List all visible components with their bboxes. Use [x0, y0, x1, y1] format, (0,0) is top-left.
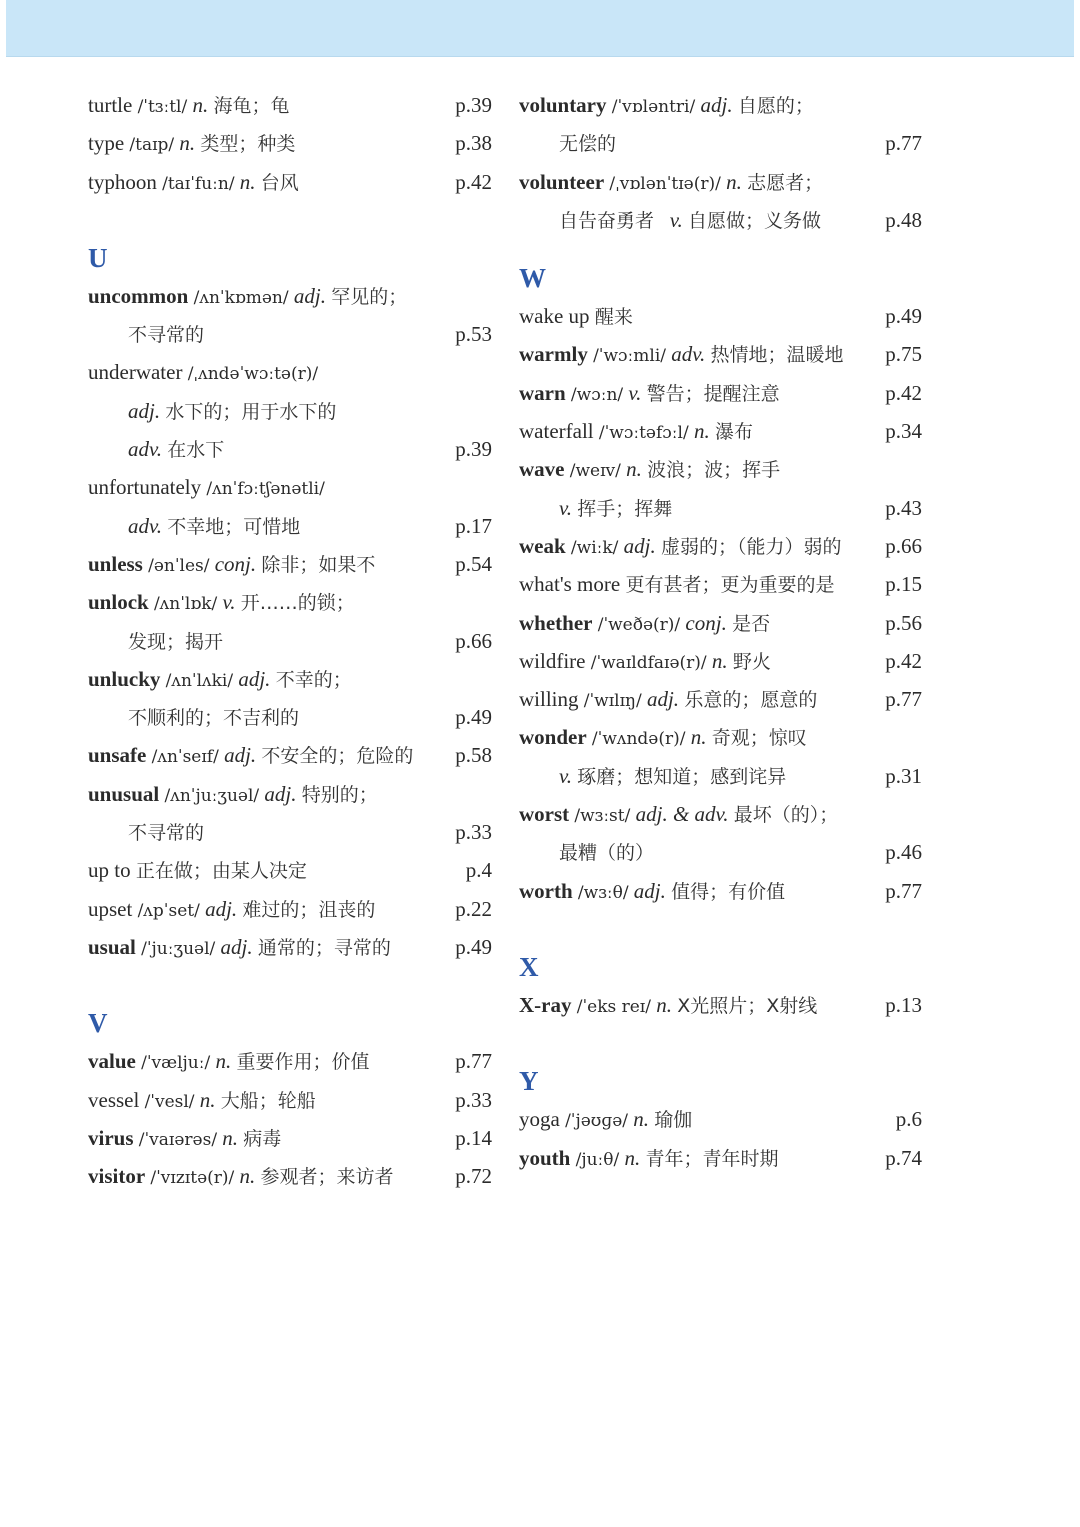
- phonetic: /wɔːn/: [571, 385, 623, 405]
- entry-wake-up: wake up 醒来 p.49: [519, 297, 922, 335]
- phonetic: /ənˈles/: [148, 556, 209, 576]
- section-spacer: [88, 966, 492, 1004]
- page-ref: p.6: [896, 1100, 922, 1138]
- headword: yoga: [519, 1107, 560, 1131]
- definition: 在水下: [167, 439, 224, 461]
- phonetic: /ˈvɪzɪtə(r)/: [150, 1168, 234, 1188]
- part-of-speech: adj.: [224, 743, 256, 767]
- headword: warmly: [519, 342, 588, 366]
- page-ref: p.34: [885, 412, 922, 450]
- definition: 正在做；由某人决定: [136, 860, 307, 882]
- phonetic: /ˈtɜːtl/: [138, 97, 188, 117]
- phonetic: /wɜːst/: [574, 806, 630, 826]
- phonetic: /ʌnˈlɒk/: [154, 594, 217, 614]
- entry-willing: willing /ˈwɪlɪŋ/ adj. 乐意的；愿意的 p.77: [519, 680, 922, 718]
- definition: 不寻常的: [128, 324, 204, 346]
- entry-unusual: unusual /ʌnˈjuːʒuəl/ adj. 特别的；: [88, 775, 492, 813]
- headword: warn: [519, 381, 566, 405]
- page-ref: p.14: [455, 1119, 492, 1157]
- phonetic: /ˈwɔːmli/: [593, 346, 666, 366]
- part-of-speech: conj.: [685, 611, 726, 635]
- page-ref: p.58: [455, 736, 492, 774]
- headword: wonder: [519, 725, 587, 749]
- entry-unusual-cont: 不寻常的 p.33: [88, 813, 492, 851]
- headword: underwater: [88, 360, 182, 384]
- part-of-speech: adj. & adv.: [636, 802, 729, 826]
- section-spacer: [519, 910, 922, 948]
- page-ref: p.77: [885, 124, 922, 162]
- entry-unlucky: unlucky /ʌnˈlʌki/ adj. 不幸的；: [88, 660, 492, 698]
- headword: visitor: [88, 1164, 145, 1188]
- phonetic: /ˈwaɪldfaɪə(r)/: [591, 653, 707, 673]
- definition: 不幸地；可惜地: [167, 516, 300, 538]
- definition: 罕见的；: [331, 286, 407, 308]
- page-ref: p.77: [885, 680, 922, 718]
- phonetic: /ˈvɒləntri/: [612, 97, 695, 117]
- part-of-speech: n.: [691, 725, 707, 749]
- definition: 病毒: [243, 1128, 281, 1150]
- header-band: [6, 0, 1074, 57]
- definition: 类型；种类: [200, 133, 295, 155]
- entry-virus: virus /ˈvaɪərəs/ n. 病毒 p.14: [88, 1119, 492, 1157]
- part-of-speech: adj.: [647, 687, 679, 711]
- headword: unfortunately: [88, 475, 201, 499]
- headword: turtle: [88, 93, 132, 117]
- headword: waterfall: [519, 419, 594, 443]
- page-ref: p.39: [455, 430, 492, 468]
- entry-warn: warn /wɔːn/ v. 警告；提醒注意 p.42: [519, 374, 922, 412]
- entry-x-ray: X-ray /ˈeks reɪ/ n. X光照片；X射线 p.13: [519, 986, 922, 1024]
- part-of-speech: n.: [222, 1126, 238, 1150]
- entry-voluntary-cont: 无偿的 p.77: [519, 124, 922, 162]
- phonetic: /ˈvaɪərəs/: [139, 1130, 217, 1150]
- right-column: voluntary /ˈvɒləntri/ adj. 自愿的； 无偿的 p.77…: [519, 86, 922, 1177]
- part-of-speech: n.: [200, 1088, 216, 1112]
- phonetic: /ʌnˈlʌki/: [166, 671, 233, 691]
- definition: 自愿做；义务做: [688, 210, 821, 232]
- definition: 除非；如果不: [261, 554, 375, 576]
- definition: 波浪；波；挥手: [647, 459, 780, 481]
- entry-voluntary: voluntary /ˈvɒləntri/ adj. 自愿的；: [519, 86, 922, 124]
- page-ref: p.74: [885, 1139, 922, 1177]
- headword: typhoon: [88, 170, 157, 194]
- phonetic: /ˈvesl/: [145, 1092, 195, 1112]
- entry-wave: wave /weɪv/ n. 波浪；波；挥手: [519, 450, 922, 488]
- part-of-speech: v.: [670, 208, 683, 232]
- page-ref: p.4: [466, 851, 492, 889]
- entry-unsafe: unsafe /ʌnˈseɪf/ adj. 不安全的；危险的 p.58: [88, 736, 492, 774]
- section-spacer: [519, 1024, 922, 1062]
- part-of-speech: n.: [625, 1146, 641, 1170]
- definition: 乐意的；愿意的: [684, 689, 817, 711]
- headword: wake up: [519, 304, 590, 328]
- entry-unlucky-cont: 不顺利的；不吉利的 p.49: [88, 698, 492, 736]
- entry-value: value /ˈvæljuː/ n. 重要作用；价值 p.77: [88, 1042, 492, 1080]
- entry-wave-verb: v. 挥手；挥舞 p.43: [519, 489, 922, 527]
- headword: whether: [519, 611, 592, 635]
- part-of-speech: v.: [628, 381, 641, 405]
- phonetic: /weɪv/: [570, 461, 621, 481]
- definition: 自告奋勇者: [559, 210, 654, 232]
- entry-vessel: vessel /ˈvesl/ n. 大船；轮船 p.33: [88, 1081, 492, 1119]
- page-ref: p.48: [885, 201, 922, 239]
- part-of-speech: n.: [179, 131, 195, 155]
- part-of-speech: adj.: [634, 879, 666, 903]
- page-ref: p.53: [455, 315, 492, 353]
- page-ref: p.43: [885, 489, 922, 527]
- entry-worst-cont: 最糟（的） p.46: [519, 833, 922, 871]
- entry-up-to: up to 正在做；由某人决定 p.4: [88, 851, 492, 889]
- entry-usual: usual /ˈjuːʒuəl/ adj. 通常的；寻常的 p.49: [88, 928, 492, 966]
- entry-unlock-cont: 发现；揭开 p.66: [88, 622, 492, 660]
- part-of-speech: v.: [223, 590, 236, 614]
- entry-worst: worst /wɜːst/ adj. & adv. 最坏（的）；: [519, 795, 922, 833]
- page-ref: p.66: [455, 622, 492, 660]
- headword: usual: [88, 935, 136, 959]
- definition: 自愿的；: [738, 95, 814, 117]
- headword: type: [88, 131, 124, 155]
- part-of-speech: n.: [656, 993, 672, 1017]
- definition: 挥手；挥舞: [577, 498, 672, 520]
- part-of-speech: n.: [712, 649, 728, 673]
- section-letter-u: U: [88, 239, 492, 277]
- part-of-speech: adj.: [238, 667, 270, 691]
- entry-type: type /taɪp/ n. 类型；种类 p.38: [88, 124, 492, 162]
- definition: 野火: [733, 651, 771, 673]
- phonetic: /ˈwʌndə(r)/: [592, 729, 686, 749]
- page-ref: p.46: [885, 833, 922, 871]
- definition: 志愿者；: [747, 172, 823, 194]
- definition: 开……的锁；: [241, 592, 355, 614]
- phonetic: /ˈeks reɪ/: [577, 997, 651, 1017]
- page-ref: p.66: [885, 527, 922, 565]
- entry-unfortunately: unfortunately /ʌnˈfɔːtʃənətli/: [88, 468, 492, 506]
- entry-uncommon-cont: 不寻常的 p.53: [88, 315, 492, 353]
- definition: 警告；提醒注意: [647, 383, 780, 405]
- headword: value: [88, 1049, 136, 1073]
- part-of-speech: adj.: [624, 534, 656, 558]
- headword: unusual: [88, 782, 159, 806]
- section-letter-y: Y: [519, 1062, 922, 1100]
- headword: worst: [519, 802, 569, 826]
- part-of-speech: n.: [626, 457, 642, 481]
- definition: 虚弱的；（能力）弱的: [661, 536, 842, 558]
- page-ref: p.77: [885, 872, 922, 910]
- entry-uncommon: uncommon /ʌnˈkɒmən/ adj. 罕见的；: [88, 277, 492, 315]
- definition: 热情地；温暖地: [711, 344, 844, 366]
- part-of-speech: n.: [633, 1107, 649, 1131]
- part-of-speech: adv.: [128, 437, 162, 461]
- part-of-speech: n.: [192, 93, 208, 117]
- page-ref: p.42: [455, 163, 492, 201]
- page-ref: p.42: [885, 374, 922, 412]
- entry-upset: upset /ʌpˈset/ adj. 难过的；沮丧的 p.22: [88, 890, 492, 928]
- definition: 青年；青年时期: [646, 1148, 779, 1170]
- headword: X-ray: [519, 993, 571, 1017]
- page-ref: p.75: [885, 335, 922, 373]
- entry-worth: worth /wɜːθ/ adj. 值得；有价值 p.77: [519, 872, 922, 910]
- entry-wildfire: wildfire /ˈwaɪldfaɪə(r)/ n. 野火 p.42: [519, 642, 922, 680]
- section-letter-x: X: [519, 948, 922, 986]
- phonetic: /juːθ/: [576, 1150, 620, 1170]
- definition: 更有甚者；更为重要的是: [625, 574, 834, 596]
- headword: unsafe: [88, 743, 146, 767]
- headword: unlock: [88, 590, 149, 614]
- phonetic: /wɜːθ/: [578, 883, 629, 903]
- entry-typhoon: typhoon /taɪˈfuːn/ n. 台风 p.42: [88, 163, 492, 201]
- definition: 水下的；用于水下的: [165, 401, 336, 423]
- definition: 台风: [261, 172, 299, 194]
- entry-underwater-adv: adv. 在水下 p.39: [88, 430, 492, 468]
- phonetic: /ˌvɒlənˈtɪə(r)/: [609, 174, 720, 194]
- entry-unlock: unlock /ʌnˈlɒk/ v. 开……的锁；: [88, 583, 492, 621]
- entry-whats-more: what's more 更有甚者；更为重要的是 p.15: [519, 565, 922, 603]
- entry-volunteer-cont: 自告奋勇者 v. 自愿做；义务做 p.48: [519, 201, 922, 239]
- headword: unlucky: [88, 667, 160, 691]
- entry-wonder: wonder /ˈwʌndə(r)/ n. 奇观；惊叹: [519, 718, 922, 756]
- headword: weak: [519, 534, 566, 558]
- entry-warmly: warmly /ˈwɔːmli/ adv. 热情地；温暖地 p.75: [519, 335, 922, 373]
- headword: youth: [519, 1146, 570, 1170]
- part-of-speech: adv.: [671, 342, 705, 366]
- phonetic: /taɪˈfuːn/: [162, 174, 234, 194]
- part-of-speech: adj.: [205, 897, 237, 921]
- headword: worth: [519, 879, 573, 903]
- definition: 重要作用；价值: [236, 1051, 369, 1073]
- part-of-speech: n.: [240, 170, 256, 194]
- phonetic: /ʌnˈkɒmən/: [194, 288, 289, 308]
- headword: virus: [88, 1126, 134, 1150]
- entry-waterfall: waterfall /ˈwɔːtəfɔːl/ n. 瀑布 p.34: [519, 412, 922, 450]
- phonetic: /ʌnˈjuːʒuəl/: [164, 786, 259, 806]
- entry-volunteer: volunteer /ˌvɒlənˈtɪə(r)/ n. 志愿者；: [519, 163, 922, 201]
- part-of-speech: adj.: [221, 935, 253, 959]
- page-ref: p.17: [455, 507, 492, 545]
- entry-unfortunately-adv: adv. 不幸地；可惜地 p.17: [88, 507, 492, 545]
- left-column: turtle /ˈtɜːtl/ n. 海龟；龟 p.39 type /taɪp/…: [88, 86, 492, 1195]
- entry-wonder-verb: v. 琢磨；想知道；感到诧异 p.31: [519, 757, 922, 795]
- definition: 瑜伽: [654, 1109, 692, 1131]
- headword: uncommon: [88, 284, 188, 308]
- definition: 难过的；沮丧的: [242, 899, 375, 921]
- headword: wave: [519, 457, 565, 481]
- entry-turtle: turtle /ˈtɜːtl/ n. 海龟；龟 p.39: [88, 86, 492, 124]
- phonetic: /ˈwɪlɪŋ/: [584, 691, 642, 711]
- headword: what's more: [519, 572, 620, 596]
- entry-underwater-adj: adj. 水下的；用于水下的: [88, 392, 492, 430]
- entry-whether: whether /ˈweðə(r)/ conj. 是否 p.56: [519, 604, 922, 642]
- page-ref: p.13: [885, 986, 922, 1024]
- part-of-speech: n.: [694, 419, 710, 443]
- section-spacer: [88, 201, 492, 239]
- page-ref: p.39: [455, 86, 492, 124]
- definition: 发现；揭开: [128, 631, 223, 653]
- part-of-speech: n.: [726, 170, 742, 194]
- definition: 通常的；寻常的: [258, 937, 391, 959]
- definition: 最坏（的）；: [734, 804, 839, 826]
- section-letter-w: W: [519, 259, 922, 297]
- definition: 瀑布: [715, 421, 753, 443]
- definition: 参观者；来访者: [261, 1166, 394, 1188]
- page-ref: p.49: [455, 928, 492, 966]
- phonetic: /ˈwɔːtəfɔːl/: [599, 423, 689, 443]
- definition: 不幸的；: [276, 669, 352, 691]
- page-ref: p.49: [455, 698, 492, 736]
- headword: up to: [88, 858, 131, 882]
- definition: 海龟；龟: [213, 95, 289, 117]
- part-of-speech: adv.: [128, 514, 162, 538]
- headword: willing: [519, 687, 579, 711]
- definition: X光照片；X射线: [677, 995, 817, 1017]
- headword: wildfire: [519, 649, 585, 673]
- page-ref: p.33: [455, 1081, 492, 1119]
- part-of-speech: adj.: [128, 399, 160, 423]
- page-ref: p.54: [455, 545, 492, 583]
- page-ref: p.38: [455, 124, 492, 162]
- phonetic: /ʌnˈseɪf/: [152, 747, 219, 767]
- entry-weak: weak /wiːk/ adj. 虚弱的；（能力）弱的 p.66: [519, 527, 922, 565]
- page-ref: p.77: [455, 1042, 492, 1080]
- headword: vessel: [88, 1088, 139, 1112]
- entry-visitor: visitor /ˈvɪzɪtə(r)/ n. 参观者；来访者 p.72: [88, 1157, 492, 1195]
- page-ref: p.72: [455, 1157, 492, 1195]
- phonetic: /ʌpˈset/: [138, 901, 200, 921]
- phonetic: /ˌʌndəˈwɔːtə(r)/: [188, 364, 318, 384]
- part-of-speech: v.: [559, 764, 572, 788]
- page-ref: p.33: [455, 813, 492, 851]
- section-spacer: [519, 239, 922, 259]
- page-ref: p.31: [885, 757, 922, 795]
- page-ref: p.15: [885, 565, 922, 603]
- definition: 无偿的: [559, 133, 616, 155]
- page-ref: p.56: [885, 604, 922, 642]
- definition: 不顺利的；不吉利的: [128, 707, 299, 729]
- definition: 琢磨；想知道；感到诧异: [577, 766, 786, 788]
- headword: unless: [88, 552, 143, 576]
- section-letter-v: V: [88, 1004, 492, 1042]
- headword: upset: [88, 897, 132, 921]
- entry-underwater: underwater /ˌʌndəˈwɔːtə(r)/: [88, 353, 492, 391]
- definition: 醒来: [595, 306, 633, 328]
- phonetic: /taɪp/: [129, 135, 174, 155]
- phonetic: /ˈvæljuː/: [141, 1053, 210, 1073]
- page-ref: p.42: [885, 642, 922, 680]
- part-of-speech: adj.: [700, 93, 732, 117]
- definition: 特别的；: [302, 784, 378, 806]
- headword: volunteer: [519, 170, 604, 194]
- phonetic: /ˈjəʊɡə/: [565, 1111, 628, 1131]
- page-ref: p.49: [885, 297, 922, 335]
- phonetic: /ˈjuːʒuəl/: [141, 939, 215, 959]
- phonetic: /ˈweðə(r)/: [598, 615, 680, 635]
- definition: 是否: [732, 613, 770, 635]
- entry-youth: youth /juːθ/ n. 青年；青年时期 p.74: [519, 1139, 922, 1177]
- part-of-speech: adj.: [294, 284, 326, 308]
- definition: 大船；轮船: [221, 1090, 316, 1112]
- part-of-speech: v.: [559, 496, 572, 520]
- phonetic: /ʌnˈfɔːtʃənətli/: [206, 479, 324, 499]
- part-of-speech: n.: [240, 1164, 256, 1188]
- part-of-speech: adj.: [264, 782, 296, 806]
- definition: 最糟（的）: [559, 842, 654, 864]
- entry-unless: unless /ənˈles/ conj. 除非；如果不 p.54: [88, 545, 492, 583]
- page-ref: p.22: [455, 890, 492, 928]
- definition: 不安全的；危险的: [261, 745, 413, 767]
- definition: 奇观；惊叹: [712, 727, 807, 749]
- part-of-speech: conj.: [215, 552, 256, 576]
- definition: 不寻常的: [128, 822, 204, 844]
- part-of-speech: n.: [215, 1049, 231, 1073]
- definition: 值得；有价值: [671, 881, 785, 903]
- phonetic: /wiːk/: [571, 538, 618, 558]
- entry-yoga: yoga /ˈjəʊɡə/ n. 瑜伽 p.6: [519, 1100, 922, 1138]
- headword: voluntary: [519, 93, 607, 117]
